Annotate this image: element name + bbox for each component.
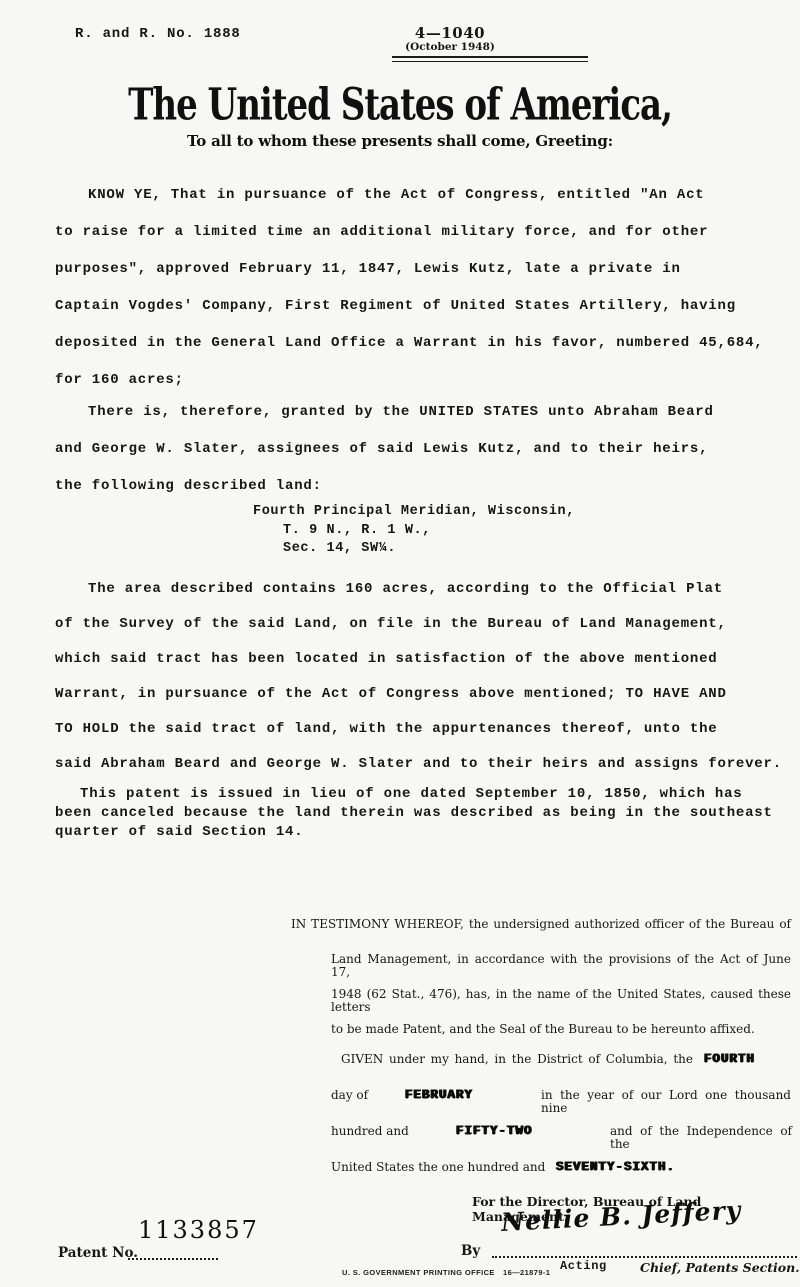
patent-document-page: R. and R. No. 1888 4—1040 (October 1948)… bbox=[0, 0, 800, 1287]
testimony-line: 1948 (62 Stat., 476), has, in the name o… bbox=[331, 988, 791, 1014]
document-title: The United States of America, bbox=[0, 80, 800, 131]
acting-label: Acting bbox=[560, 1260, 607, 1273]
by-label: By bbox=[461, 1243, 480, 1259]
given-line-text: hundred and bbox=[331, 1125, 409, 1138]
body-line: deposited in the General Land Office a W… bbox=[55, 336, 764, 351]
body-line: KNOW YE, That in pursuance of the Act of… bbox=[88, 188, 705, 203]
body-line: been canceled because the land therein w… bbox=[55, 806, 773, 821]
patent-number-stamp: 1133857 bbox=[138, 1216, 259, 1244]
by-signature-line bbox=[492, 1256, 797, 1258]
body-line: This patent is issued in lieu of one dat… bbox=[80, 787, 743, 802]
printing-office-label: U. S. GOVERNMENT PRINTING OFFICE bbox=[342, 1268, 495, 1277]
body-line: which said tract has been located in sat… bbox=[55, 652, 718, 667]
body-line: There is, therefore, granted by the UNIT… bbox=[88, 405, 714, 420]
given-year-fill: FIFTY-TWO bbox=[456, 1124, 533, 1138]
land-description-line: T. 9 N., R. 1 W., bbox=[283, 524, 431, 538]
chief-title-label: Chief, Patents Section. bbox=[640, 1260, 800, 1275]
body-line: quarter of said Section 14. bbox=[55, 825, 303, 840]
given-month-fill: FEBRUARY bbox=[405, 1088, 473, 1102]
form-date: (October 1948) bbox=[355, 41, 545, 53]
print-code-label: 16—21879-1 bbox=[503, 1268, 550, 1277]
body-line: to raise for a limited time an additiona… bbox=[55, 225, 708, 240]
land-description-line: Sec. 14, SW¼. bbox=[283, 542, 396, 556]
testimony-line: Land Management, in accordance with the … bbox=[331, 953, 791, 979]
given-line-text: in the year of our Lord one thousand nin… bbox=[541, 1089, 791, 1115]
given-line-text: GIVEN under my hand, in the District of … bbox=[341, 1053, 693, 1066]
given-line-text: day of bbox=[331, 1089, 368, 1102]
body-line: Warrant, in pursuance of the Act of Cong… bbox=[55, 687, 727, 702]
form-number: 4—1040 bbox=[355, 24, 545, 42]
body-line: purposes", approved February 11, 1847, L… bbox=[55, 262, 681, 277]
body-line: TO HOLD the said tract of land, with the… bbox=[55, 722, 718, 737]
body-line: for 160 acres; bbox=[55, 373, 184, 388]
given-line-text: United States the one hundred and bbox=[331, 1161, 545, 1174]
body-line: and George W. Slater, assignees of said … bbox=[55, 442, 708, 457]
land-description-line: Fourth Principal Meridian, Wisconsin, bbox=[253, 505, 575, 519]
given-independence-fill: SEVENTY-SIXTH. bbox=[556, 1160, 675, 1174]
testimony-line: IN TESTIMONY WHEREOF, the undersigned au… bbox=[291, 918, 791, 931]
given-line-text: and of the Independence of the bbox=[610, 1125, 792, 1151]
patent-no-label: Patent No. bbox=[58, 1245, 138, 1261]
body-line: Captain Vogdes' Company, First Regiment … bbox=[55, 299, 736, 314]
patent-no-line bbox=[128, 1258, 218, 1260]
body-line: of the Survey of the said Land, on file … bbox=[55, 617, 727, 632]
testimony-line: to be made Patent, and the Seal of the B… bbox=[331, 1023, 791, 1036]
form-rule bbox=[392, 56, 588, 62]
body-line: The area described contains 160 acres, a… bbox=[88, 582, 723, 597]
salutation: To all to whom these presents shall come… bbox=[0, 132, 800, 150]
body-line: the following described land: bbox=[55, 479, 322, 494]
given-day-fill: FOURTH bbox=[704, 1052, 755, 1066]
doc-reference: R. and R. No. 1888 bbox=[75, 27, 241, 42]
body-line: said Abraham Beard and George W. Slater … bbox=[55, 757, 782, 772]
